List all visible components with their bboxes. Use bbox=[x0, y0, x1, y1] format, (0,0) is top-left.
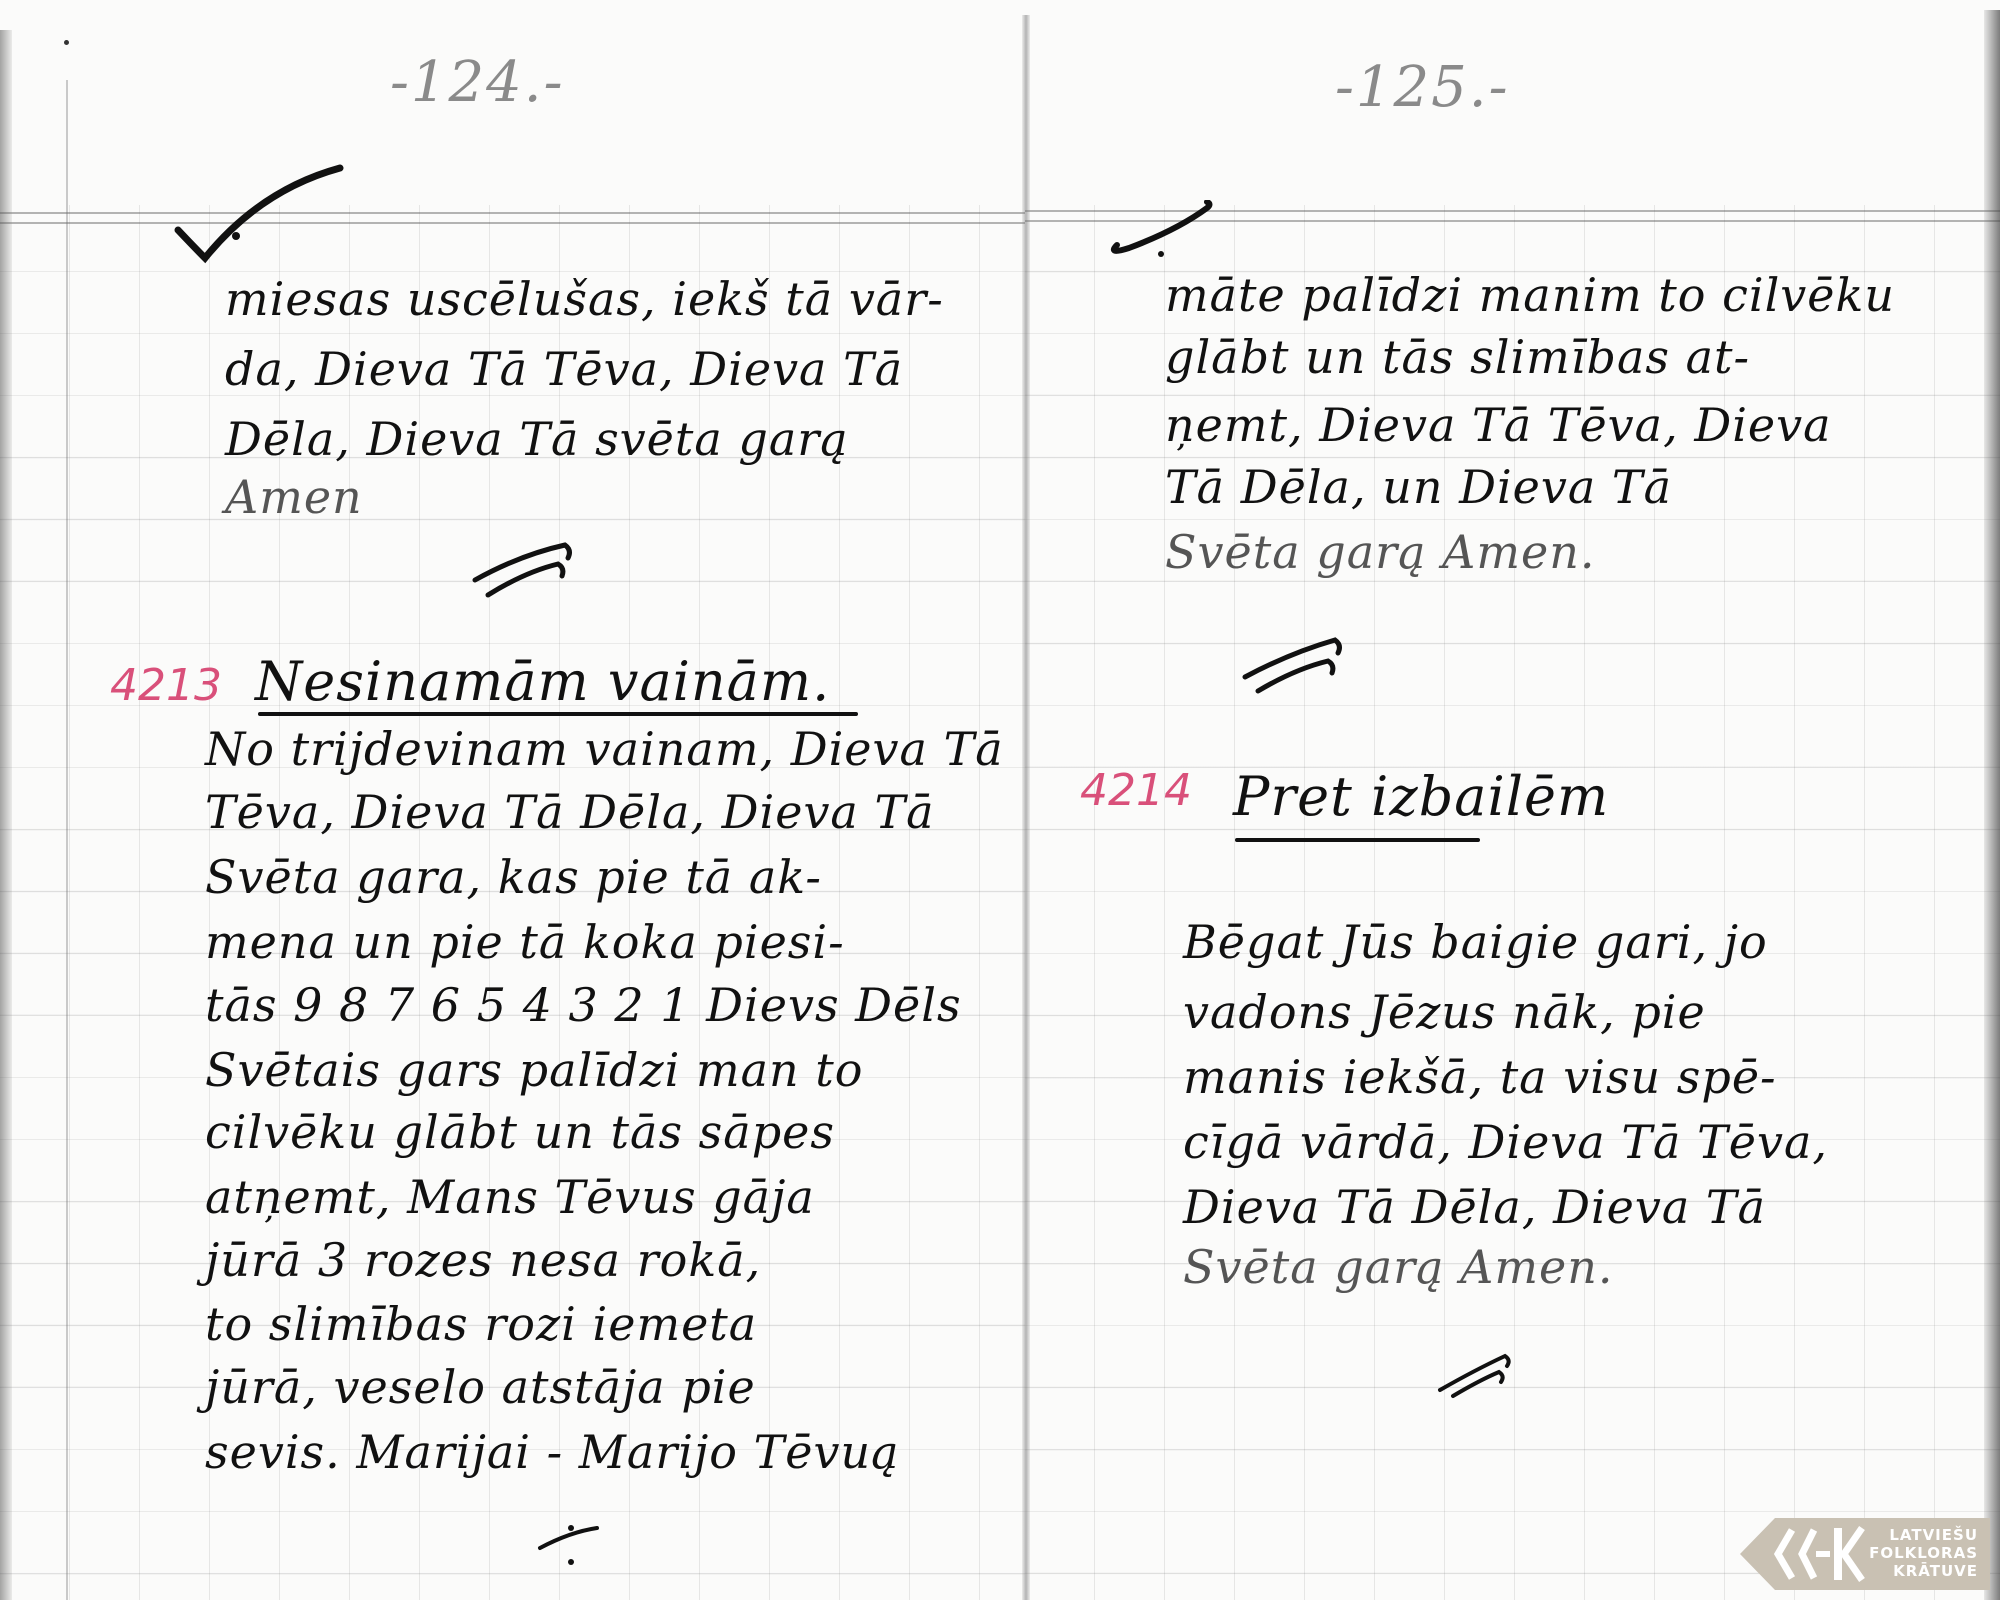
entry-title: Pret izbailēm bbox=[1233, 765, 1609, 828]
lfk-watermark-logo: LATVIEŠU FOLKLORAS KRĀTUVE bbox=[1740, 1518, 1990, 1590]
text-line: Svēta gara, kas pie tā ak- bbox=[205, 850, 822, 904]
text-line: mena un pie tā koka piesi- bbox=[205, 915, 845, 969]
text-line: manis iekšā, ta visu spē- bbox=[1183, 1050, 1777, 1104]
punch-dot bbox=[64, 40, 69, 45]
text-line: vadons Jēzus nāk, pie bbox=[1183, 985, 1706, 1039]
page-edge-shadow bbox=[0, 30, 12, 1600]
binding-gutter bbox=[1022, 15, 1030, 1600]
logo-text: LATVIEŠU FOLKLORAS KRĀTUVE bbox=[1868, 1526, 1978, 1580]
catalog-number: 4214 bbox=[1080, 765, 1192, 816]
check-mark-icon bbox=[170, 160, 350, 270]
section-end-hook-icon bbox=[1240, 635, 1350, 695]
logo-line-2: FOLKLORAS bbox=[1868, 1544, 1978, 1562]
text-line: Dēla, Dieva Tā svēta garą bbox=[225, 412, 849, 466]
text-line: jūrā 3 rozes nesa rokā, bbox=[205, 1233, 761, 1287]
text-line: miesas uscēlušas, iekš tā vār- bbox=[225, 272, 944, 326]
continuation-hook-icon bbox=[1107, 200, 1217, 260]
title-underline bbox=[1235, 838, 1480, 842]
text-line: to slimības rozi iemeta bbox=[205, 1297, 757, 1351]
text-line: atņemt, Mans Tēvus gāja bbox=[205, 1170, 815, 1224]
section-end-hook-icon bbox=[470, 540, 580, 600]
left-page: -124.- miesas uscēlušas, iekš tā vār- da… bbox=[0, 0, 1025, 1600]
margin-line bbox=[66, 80, 68, 1600]
page-edge-shadow bbox=[1984, 10, 2000, 1600]
logo-line-3: KRĀTUVE bbox=[1868, 1562, 1978, 1580]
header-rule bbox=[0, 212, 1025, 214]
section-end-hook-icon bbox=[1435, 1350, 1515, 1400]
text-line: cilvēku glābt un tās sāpes bbox=[205, 1105, 835, 1159]
text-line: Bēgat Jūs baigie gari, jo bbox=[1183, 915, 1768, 969]
right-page: -125.- māte palīdzi manim to cilvēku glā… bbox=[1025, 0, 2000, 1600]
text-line: māte palīdzi manim to cilvēku bbox=[1165, 268, 1895, 322]
text-line: Tā Dēla, un Dieva Tā bbox=[1165, 460, 1672, 514]
text-line: Dieva Tā Dēla, Dieva Tā bbox=[1183, 1180, 1766, 1234]
entry-title: Nesinamām vainām. bbox=[255, 650, 830, 713]
text-line: Amen bbox=[225, 470, 363, 524]
text-line: sevis. Marijai - Marijo Tēvuą bbox=[205, 1425, 900, 1479]
text-line: cīgā vārdā, Dieva Tā Tēva, bbox=[1183, 1115, 1828, 1169]
page-number: -125.- bbox=[1335, 55, 1510, 120]
text-line: Tēva, Dieva Tā Dēla, Dieva Tā bbox=[205, 785, 935, 839]
text-line: tās 9 8 7 6 5 4 3 2 1 Dievs Dēls bbox=[205, 978, 962, 1032]
text-line: Svēta garą Amen. bbox=[1183, 1240, 1613, 1294]
text-line: ņemt, Dieva Tā Tēva, Dieva bbox=[1165, 398, 1832, 452]
text-line: glābt un tās slimības at- bbox=[1165, 330, 1750, 384]
text-line: jūrā, veselo atstāja pie bbox=[205, 1360, 756, 1414]
text-line: Svētais gars palīdzi man to bbox=[205, 1043, 863, 1097]
header-rule bbox=[0, 222, 1025, 224]
lfk-logo-icon bbox=[1774, 1524, 1869, 1584]
text-line: Svēta garą Amen. bbox=[1165, 525, 1595, 579]
catalog-number: 4213 bbox=[110, 660, 222, 711]
page-number: -124.- bbox=[390, 50, 565, 115]
continuation-mark-icon bbox=[535, 1520, 605, 1570]
text-line: No trijdevinam vainam, Dieva Tā bbox=[205, 722, 1004, 776]
text-line: da, Dieva Tā Tēva, Dieva Tā bbox=[225, 342, 903, 396]
logo-line-1: LATVIEŠU bbox=[1868, 1526, 1978, 1544]
title-underline bbox=[258, 712, 858, 716]
